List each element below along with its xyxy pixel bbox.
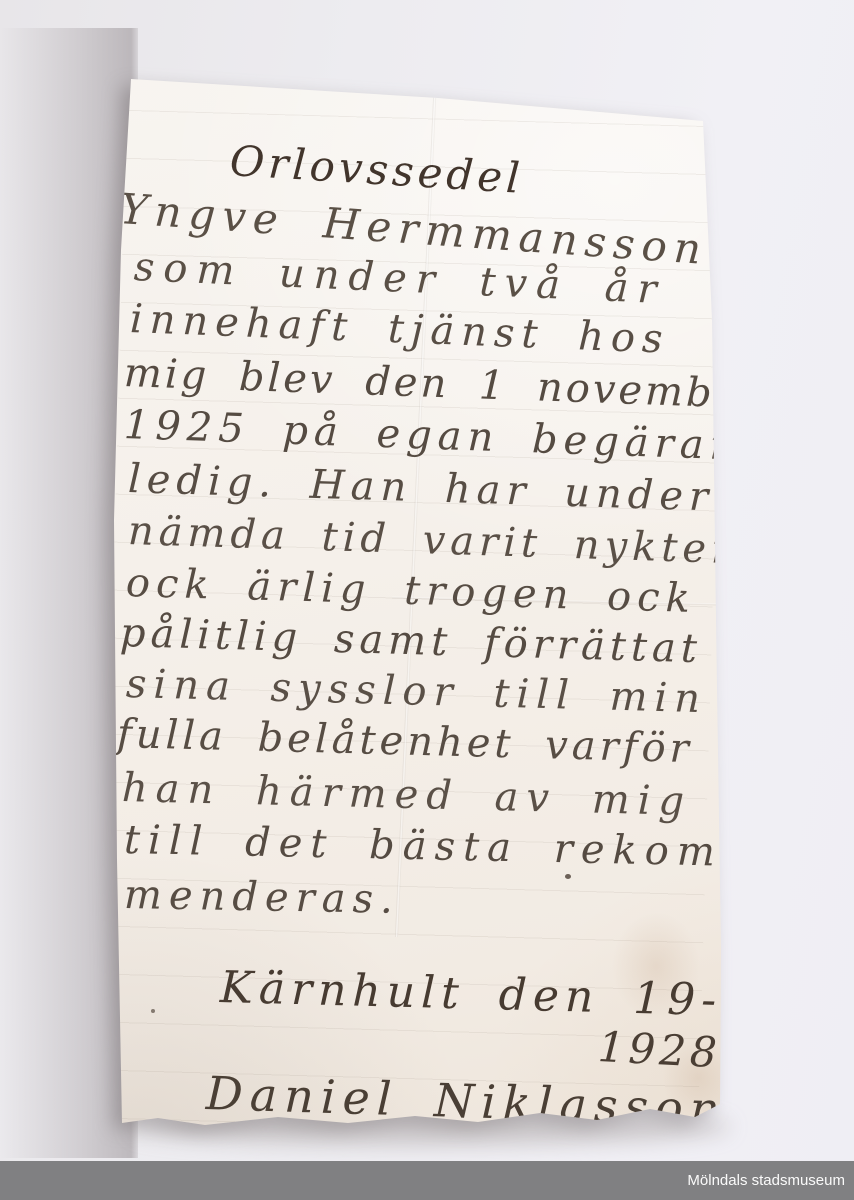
watermark-label: Mölndals stadsmuseum bbox=[687, 1172, 845, 1189]
letter-line: menderas. bbox=[124, 872, 401, 923]
date-year-line: 1928 bbox=[597, 1022, 722, 1077]
watermark-bar: Mölndals stadsmuseum bbox=[0, 1161, 854, 1200]
ink-speck bbox=[565, 874, 571, 879]
photo-scene: Orlovssedel Yngve Hermmansson som under … bbox=[0, 0, 854, 1200]
ink-speck bbox=[151, 1009, 155, 1013]
